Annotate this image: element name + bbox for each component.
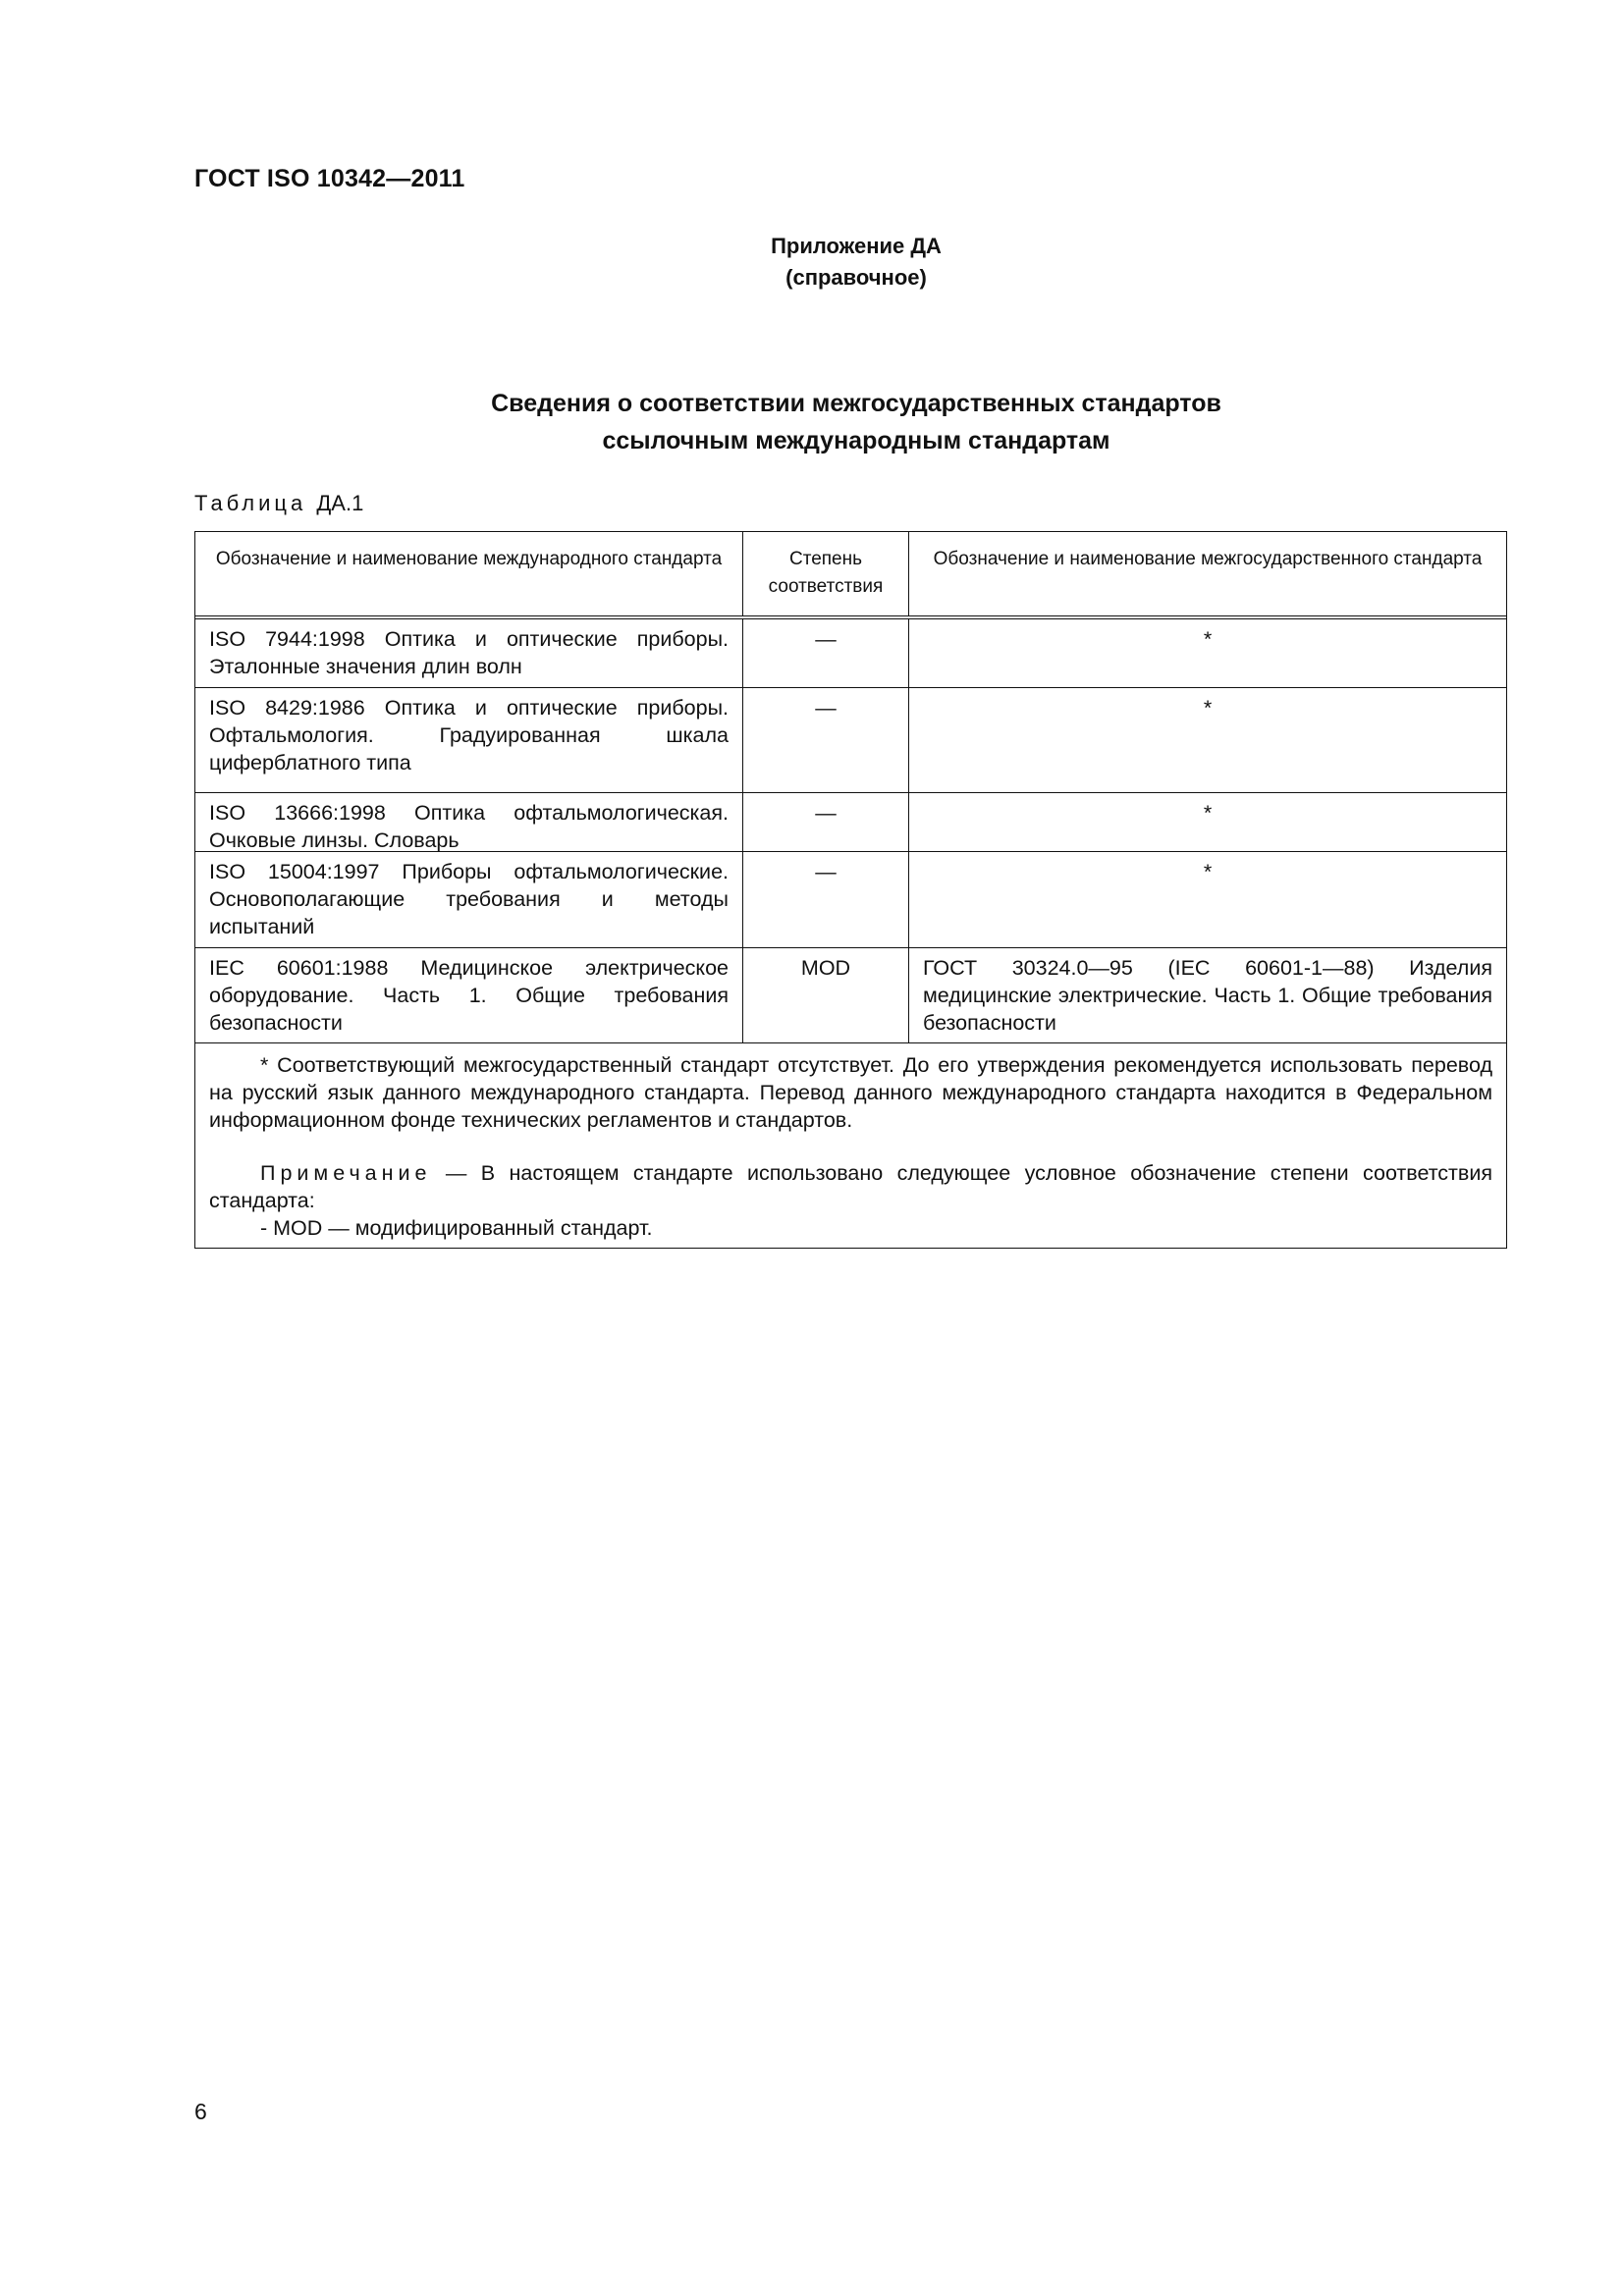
- section-title-line-2: ссылочным международным стандартам: [295, 422, 1418, 459]
- cell-interstate: ГОСТ 30324.0—95 (IEC 60601-1—88) Изделия…: [909, 948, 1506, 1042]
- table-row: ISO 8429:1986 Оптика и оптические прибор…: [195, 688, 1506, 793]
- note-item: - MOD — модифицированный стандарт.: [209, 1214, 1492, 1242]
- table-row: ISO 13666:1998 Оптика офтальмологическая…: [195, 793, 1506, 852]
- cell-degree: MOD: [743, 948, 909, 1042]
- cell-degree: —: [743, 793, 909, 851]
- cell-degree: —: [743, 852, 909, 947]
- document-code: ГОСТ ISO 10342—2011: [194, 165, 465, 193]
- column-header-international: Обозначение и наименование международног…: [195, 532, 743, 615]
- table-caption-number: ДА.1: [316, 491, 363, 515]
- cell-degree: —: [743, 688, 909, 792]
- cell-interstate: *: [909, 688, 1506, 792]
- cell-interstate: *: [909, 793, 1506, 851]
- column-header-interstate: Обозначение и наименование межгосударств…: [909, 532, 1506, 615]
- cell-international: ISO 7944:1998 Оптика и оптические прибор…: [195, 619, 743, 687]
- table-caption: Таблица ДА.1: [194, 491, 363, 516]
- annex-type: (справочное): [562, 265, 1151, 291]
- table-header-row: Обозначение и наименование международног…: [195, 532, 1506, 619]
- note-label: Примечание: [260, 1161, 431, 1185]
- cell-degree: —: [743, 619, 909, 687]
- page-number: 6: [194, 2099, 207, 2125]
- table-row: ISO 15004:1997 Приборы офтальмологически…: [195, 852, 1506, 948]
- note: Примечание — В настоящем стандарте испол…: [209, 1159, 1492, 1214]
- column-header-degree: Степень соответствия: [743, 532, 909, 615]
- table-row: IEC 60601:1988 Медицинское электрическое…: [195, 948, 1506, 1043]
- cell-international: ISO 8429:1986 Оптика и оптические прибор…: [195, 688, 743, 792]
- section-title: Сведения о соответствии межгосударственн…: [295, 385, 1418, 459]
- table-row: ISO 7944:1998 Оптика и оптические прибор…: [195, 619, 1506, 688]
- cell-international: ISO 13666:1998 Оптика офтальмологическая…: [195, 793, 743, 851]
- cell-interstate: *: [909, 619, 1506, 687]
- correspondence-table: Обозначение и наименование международног…: [194, 531, 1507, 1249]
- cell-international: IEC 60601:1988 Медицинское электрическое…: [195, 948, 743, 1042]
- table-notes: * Соответствующий межгосударственный ста…: [195, 1043, 1506, 1248]
- cell-international: ISO 15004:1997 Приборы офтальмологически…: [195, 852, 743, 947]
- annex-title: Приложение ДА: [562, 234, 1151, 259]
- cell-interstate: *: [909, 852, 1506, 947]
- footnote: * Соответствующий межгосударственный ста…: [209, 1051, 1492, 1134]
- table-caption-label: Таблица: [194, 491, 306, 515]
- section-title-line-1: Сведения о соответствии межгосударственн…: [295, 385, 1418, 422]
